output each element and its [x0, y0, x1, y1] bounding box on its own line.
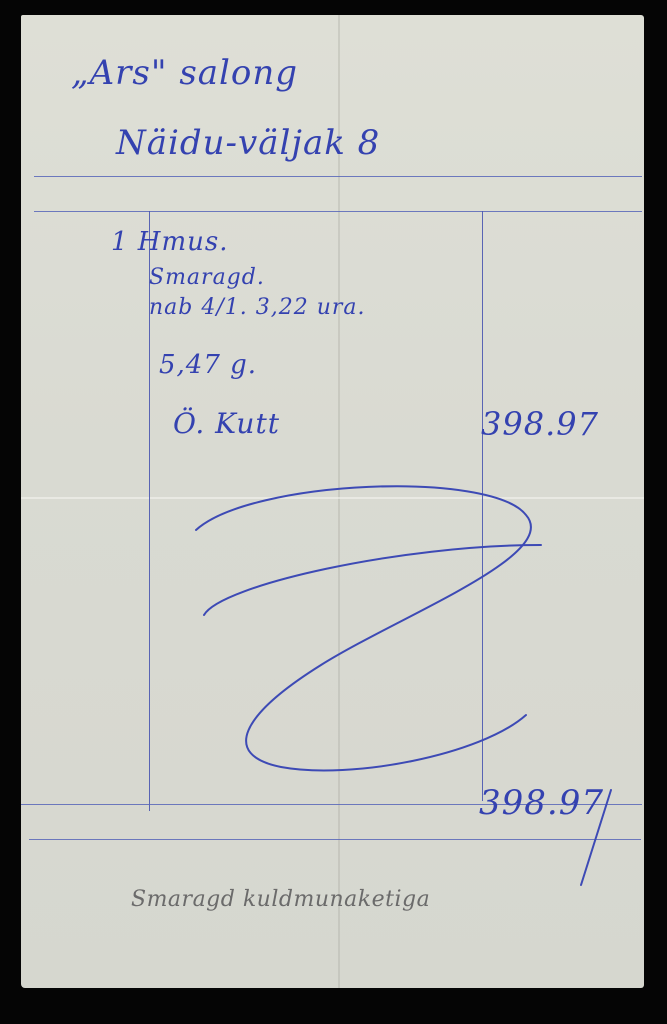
z-cancel-scribble-icon [21, 15, 644, 988]
receipt-paper: „Ars" salong Näidu-väljak 8 1 Hmus. Smar… [21, 15, 644, 988]
total-amount: 398.97 [479, 783, 604, 823]
footer-pencil-note: Smaragd kuldmunaketiga [131, 887, 430, 912]
